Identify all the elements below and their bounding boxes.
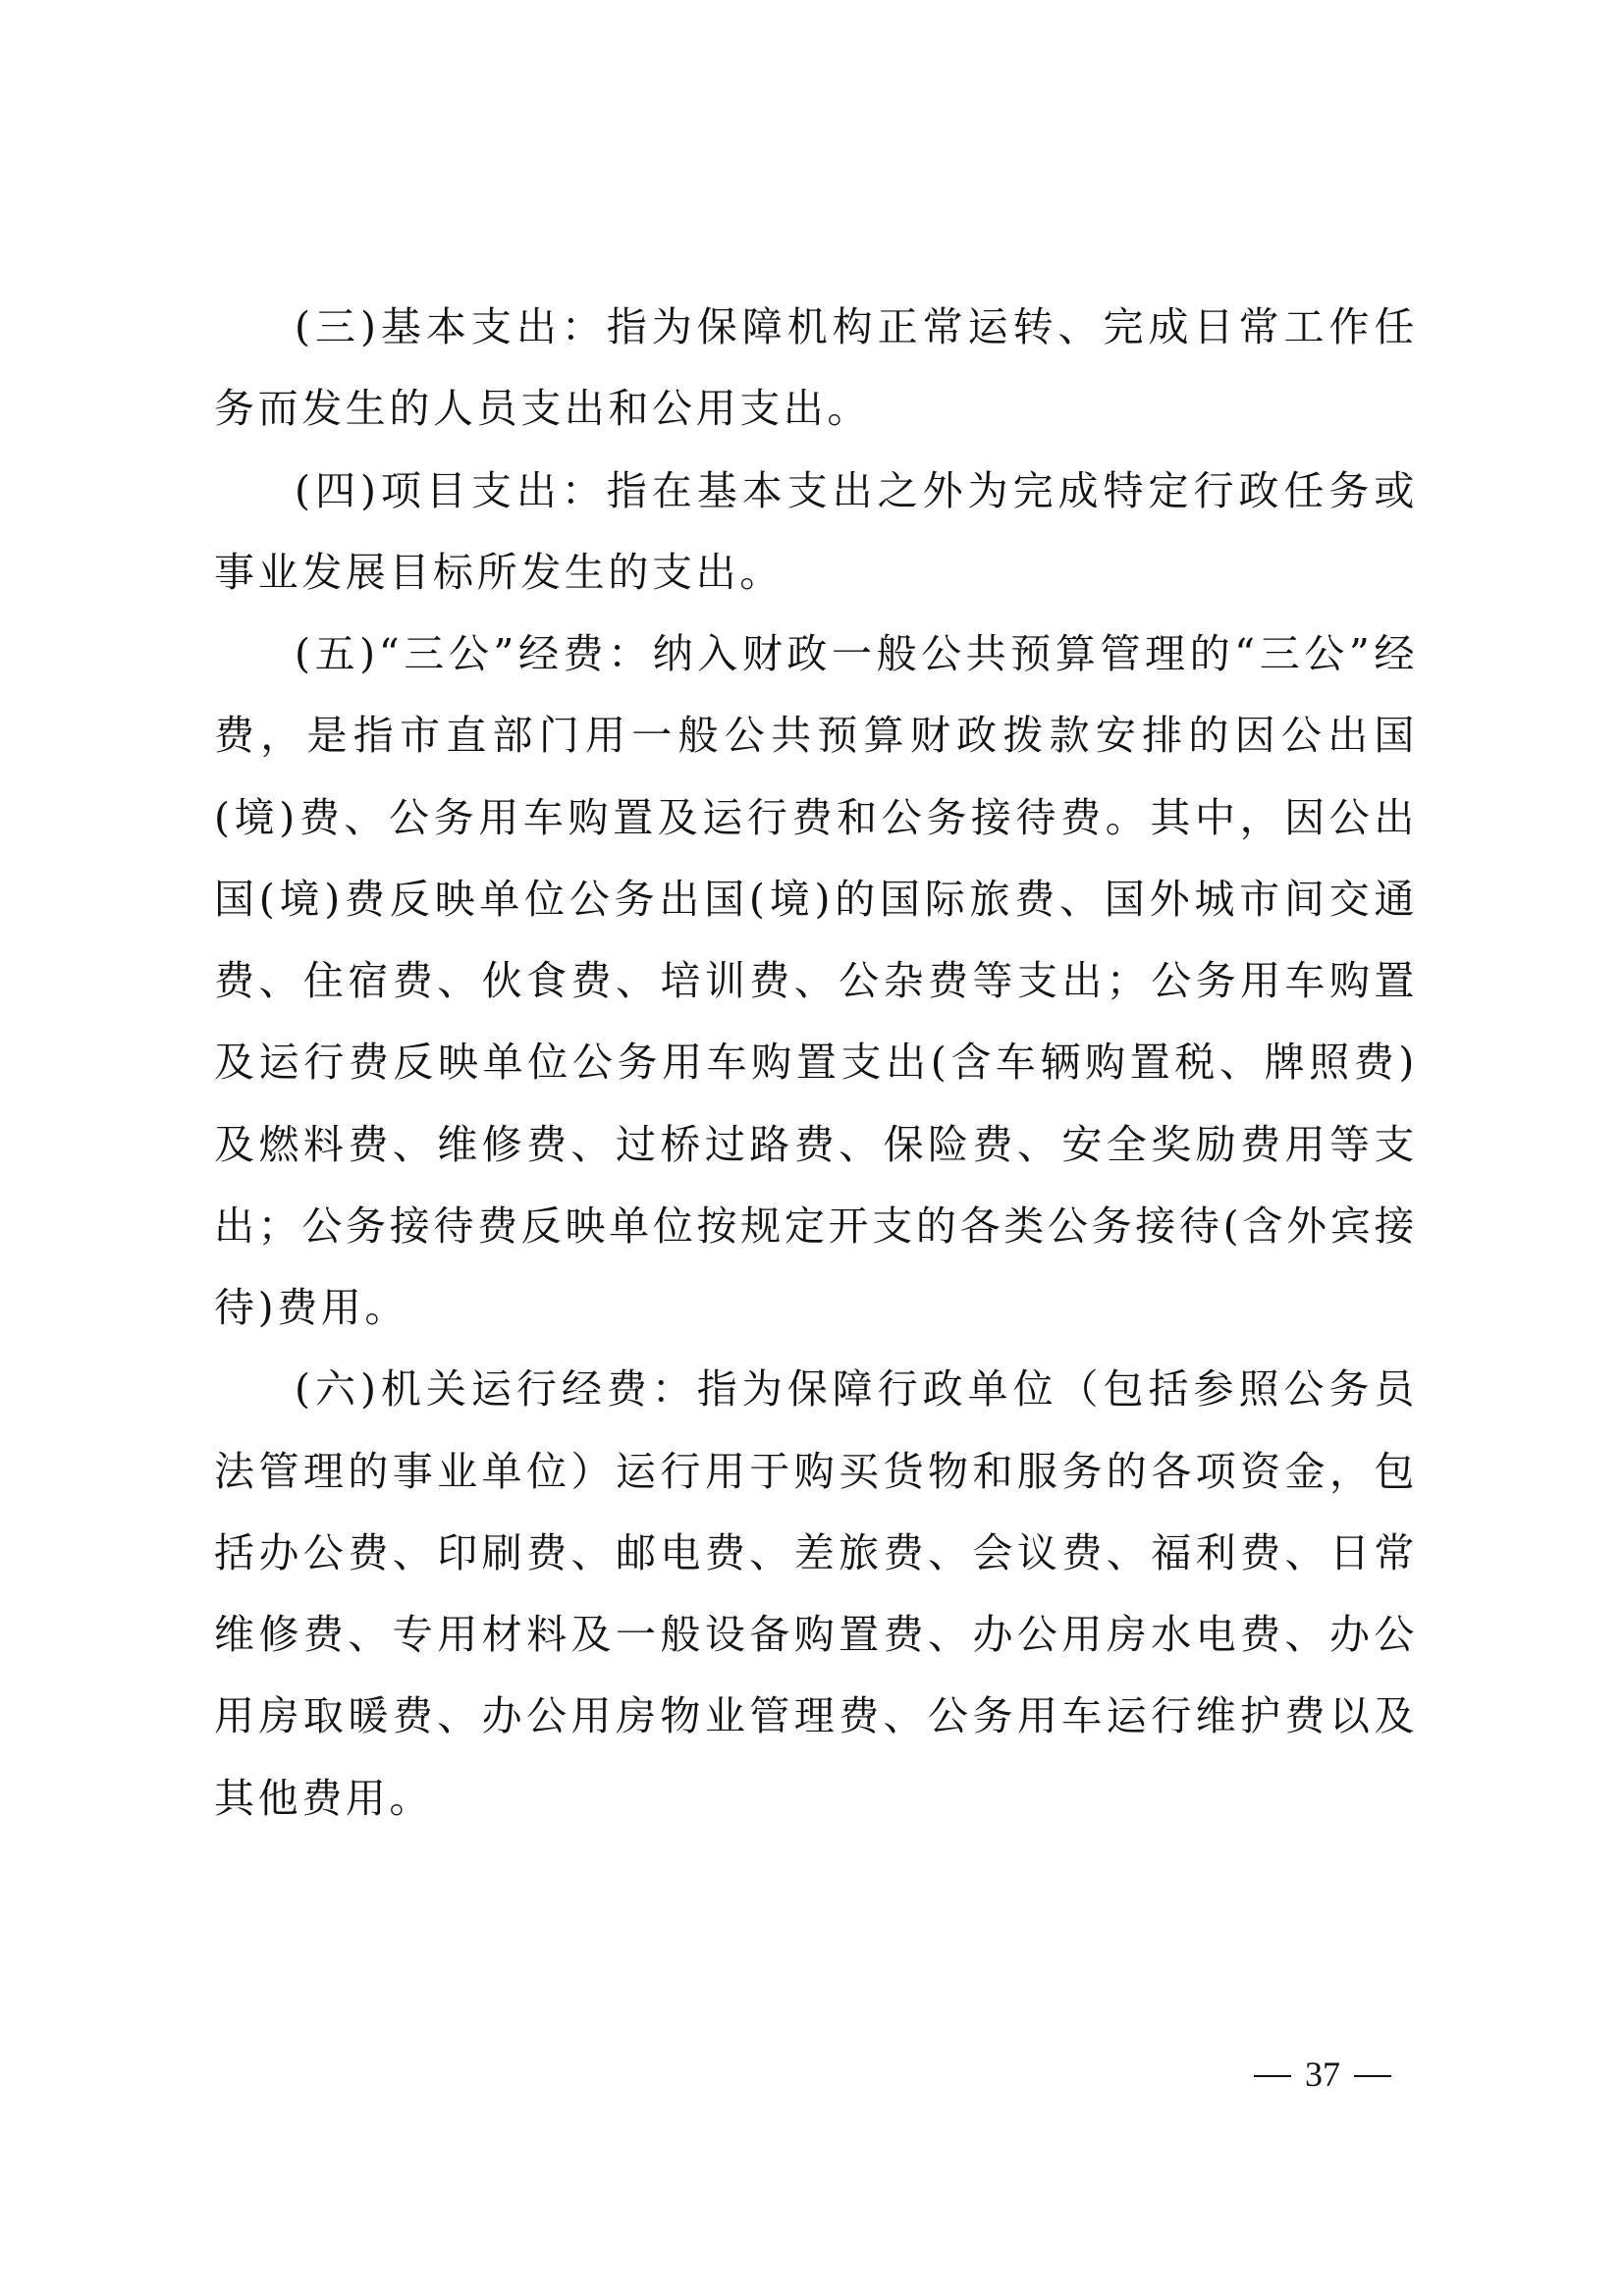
- dash-left-decoration: [1254, 2075, 1291, 2077]
- dash-right-decoration: [1354, 2075, 1391, 2077]
- paragraph-project-expenditure: (四)项目支出：指在基本支出之外为完成特定行政任务或事业发展目标所发生的支出。: [214, 451, 1418, 614]
- paragraph-agency-operating-expenses: (六)机关运行经费：指为保障行政单位（包括参照公务员法管理的事业单位）运行用于购…: [214, 1349, 1418, 1840]
- paragraph-basic-expenditure: (三)基本支出：指为保障机构正常运转、完成日常工作任务而发生的人员支出和公用支出…: [214, 287, 1418, 451]
- page-number: 37: [1305, 2055, 1340, 2094]
- body-text: (三)基本支出：指为保障机构正常运转、完成日常工作任务而发生的人员支出和公用支出…: [214, 287, 1418, 1840]
- document-page: (三)基本支出：指为保障机构正常运转、完成日常工作任务而发生的人员支出和公用支出…: [0, 0, 1624, 2296]
- paragraph-three-public-expenses: (五)“三公”经费：纳入财政一般公共预算管理的“三公”经费，是指市直部门用一般公…: [214, 614, 1418, 1349]
- page-number-footer: 37: [1239, 2054, 1406, 2095]
